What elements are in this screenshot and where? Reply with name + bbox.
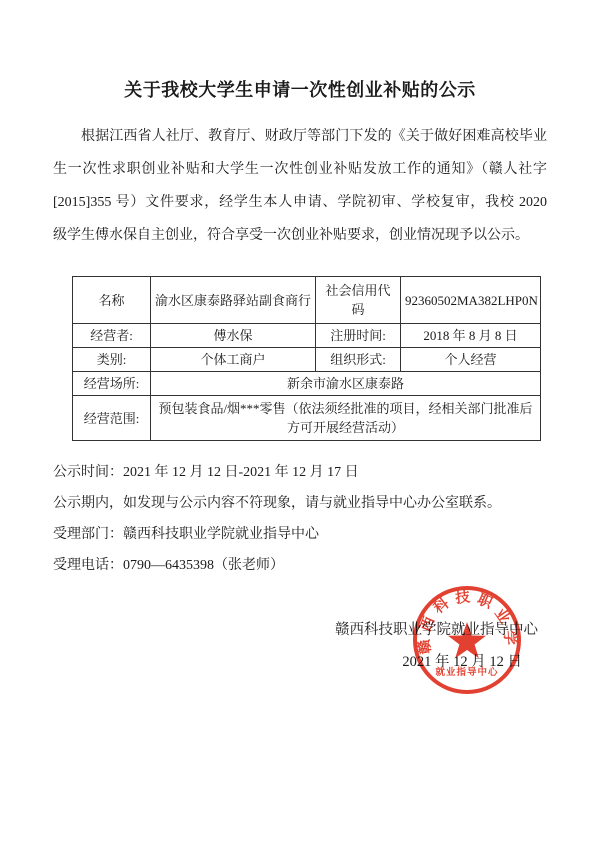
phone-line: 受理电话：0790—6435398（张老师） <box>53 556 553 576</box>
cell-org-form-value: 个人经营 <box>401 348 541 372</box>
cell-register-date-label: 注册时间: <box>316 324 401 348</box>
cell-operator-label: 经营者: <box>73 324 151 348</box>
cell-register-date-value: 2018 年 8 月 8 日 <box>401 324 541 348</box>
paragraph-line: [2015]355 号）文件要求，经学生本人申请、学院初审、学校复审，我校 20… <box>53 186 547 219</box>
cell-scope-label: 经营范围: <box>73 396 151 441</box>
business-info-table: 名称 渝水区康泰路驿站副食商行 社会信用代码 92360502MA382LHP0… <box>72 276 541 441</box>
cell-premises-label: 经营场所: <box>73 372 151 396</box>
signature-date: 2021 年 12 月 12 日 <box>335 652 538 672</box>
cell-name-value: 渝水区康泰路驿站副食商行 <box>151 277 316 324</box>
cell-scope-value: 预包装食品/烟***零售（依法须经批准的项目，经相关部门批准后方可开展经营活动） <box>151 396 541 441</box>
table-row: 经营场所: 新余市渝水区康泰路 <box>73 372 541 396</box>
notice-document-page: 关于我校大学生申请一次性创业补贴的公示 根据江西省人社厅、教育厅、财政厅等部门下… <box>0 0 600 848</box>
signature-block: 赣西科技职业学院就业指导中心 2021 年 12 月 12 日 <box>335 620 538 672</box>
cell-premises-value: 新余市渝水区康泰路 <box>151 372 541 396</box>
cell-credit-code-value: 92360502MA382LHP0N <box>401 277 541 324</box>
cell-operator-value: 傅水保 <box>151 324 316 348</box>
paragraph-line: 级学生傅水保自主创业，符合享受一次创业补贴要求，创业情况现予以公示。 <box>53 219 547 252</box>
cell-org-form-label: 组织形式: <box>316 348 401 372</box>
contact-note-line: 公示期内，如发现与公示内容不符现象，请与就业指导中心办公室联系。 <box>53 494 553 514</box>
table-row: 经营范围: 预包装食品/烟***零售（依法须经批准的项目，经相关部门批准后方可开… <box>73 396 541 441</box>
publicity-time-line: 公示时间：2021 年 12 月 12 日-2021 年 12 月 17 日 <box>53 463 553 483</box>
body-paragraph: 根据江西省人社厅、教育厅、财政厅等部门下发的《关于做好困难高校毕业 生一次性求职… <box>53 120 547 252</box>
cell-credit-code-label: 社会信用代码 <box>316 277 401 324</box>
table-row: 名称 渝水区康泰路驿站副食商行 社会信用代码 92360502MA382LHP0… <box>73 277 541 324</box>
cell-name-label: 名称 <box>73 277 151 324</box>
cell-category-value: 个体工商户 <box>151 348 316 372</box>
table-row: 经营者: 傅水保 注册时间: 2018 年 8 月 8 日 <box>73 324 541 348</box>
paragraph-line: 生一次性求职创业补贴和大学生一次性创业补贴发放工作的通知》（赣人社字 <box>53 153 547 186</box>
document-title: 关于我校大学生申请一次性创业补贴的公示 <box>0 76 600 102</box>
table-row: 类别: 个体工商户 组织形式: 个人经营 <box>73 348 541 372</box>
cell-category-label: 类别: <box>73 348 151 372</box>
department-line: 受理部门：赣西科技职业学院就业指导中心 <box>53 525 553 545</box>
signature-organization: 赣西科技职业学院就业指导中心 <box>335 620 538 640</box>
paragraph-line: 根据江西省人社厅、教育厅、财政厅等部门下发的《关于做好困难高校毕业 <box>53 120 547 153</box>
